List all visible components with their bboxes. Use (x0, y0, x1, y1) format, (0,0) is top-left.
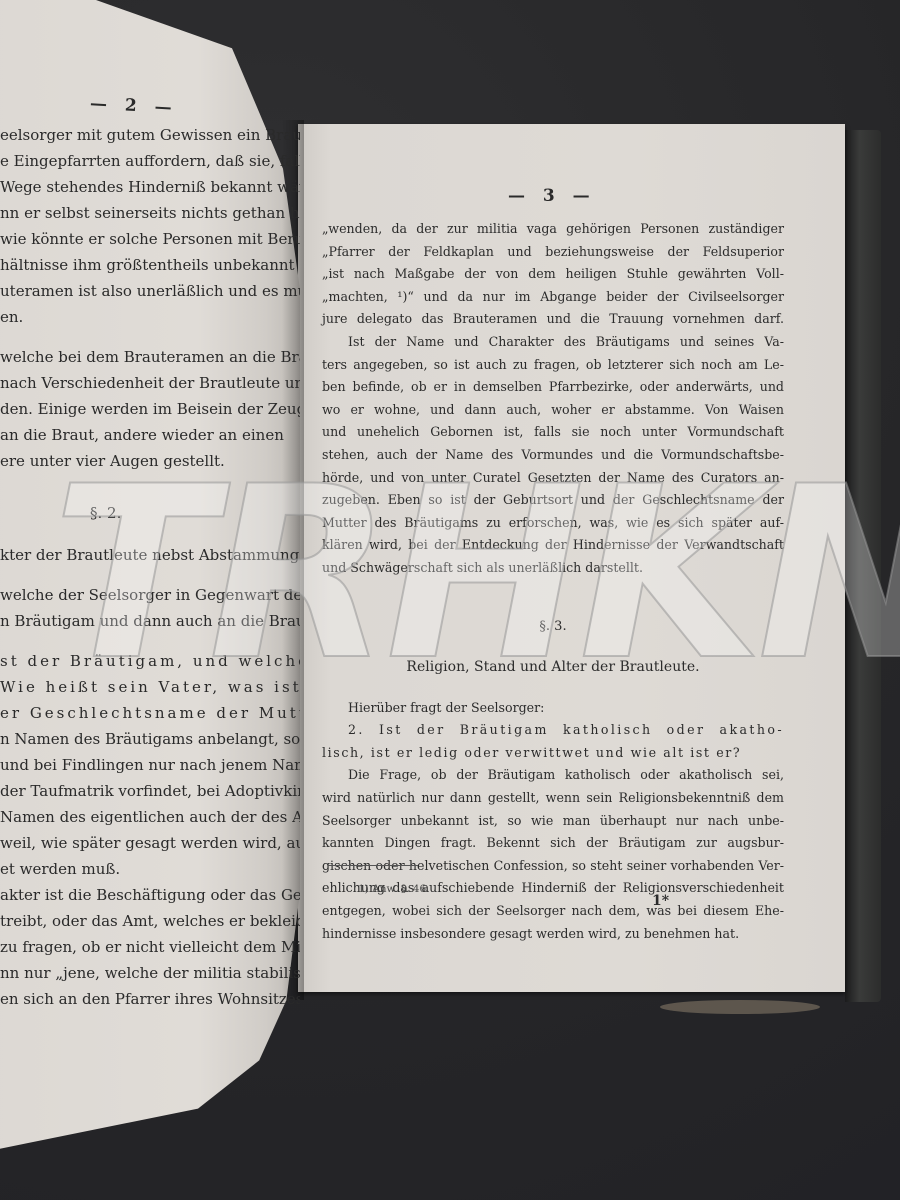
text-line: akter ist die Beschäftigung oder das Gew… (0, 882, 300, 908)
text-line: klären wird, bei der Entdeckung der Hind… (322, 534, 784, 557)
text-line: hörde, und von unter Curatel Gesetzten d… (322, 467, 784, 490)
text-line: „machten, ¹)“ und da nur im Abgange beid… (322, 286, 784, 309)
text-line: welche bei dem Brauteramen an die Brautl… (0, 344, 300, 370)
text-line: wo er wohne, und dann auch, woher er abs… (322, 399, 784, 422)
printer-signature-mark: 1* (652, 893, 669, 909)
left-page-body: eelsorger mit gutem Gewissen ein Brautpa… (0, 122, 300, 1012)
text-line: welche der Seelsorger in Gegenwart der b… (0, 582, 300, 608)
text-line: gischen oder helvetischen Confession, so… (322, 855, 784, 878)
text-line: „Pfarrer der Feldkaplan und beziehungswe… (322, 241, 784, 264)
text-line: e Eingepfarrten auffordern, daß sie, fal… (0, 148, 300, 174)
question-line: 2. Ist der Bräutigam katholisch oder aka… (322, 719, 784, 742)
text-line: eelsorger mit gutem Gewissen ein Brautpa… (0, 122, 300, 148)
text-line: an die Braut, andere wieder an einen (0, 422, 300, 448)
text-line: Mutter des Bräutigams zu erforschen, was… (322, 512, 784, 535)
text-line: uteramen ist also unerläßlich und es muß (0, 278, 300, 304)
footnote-divider (328, 865, 418, 866)
text-line: und unehelich Gebornen ist, falls sie no… (322, 421, 784, 444)
question-intro: Hierüber fragt der Seelsorger: (322, 697, 784, 720)
footnote: 1) Anw. §. 46. (358, 883, 430, 895)
text-line: treibt, oder das Amt, welches er bekleid… (0, 908, 300, 934)
text-line: en sich an den Pfarrer ihres Wohnsitzes … (0, 986, 300, 1012)
text-line: zu fragen, ob er nicht vielleicht dem Mi… (0, 934, 300, 960)
text-line: den. Einige werden im Beisein der Zeugen (0, 396, 300, 422)
question-line: Wie heißt sein Vater, was ist er, (0, 674, 300, 700)
text-line: n Bräutigam und dann auch an die Braut (0, 608, 300, 634)
text-line: en. (0, 304, 300, 330)
text-line: hältnisse ihm größtentheils unbekannt ge… (0, 252, 300, 278)
section-number: §. 3. (322, 616, 784, 639)
text-line: nn er selbst seinerseits nichts gethan h… (0, 200, 300, 226)
text-line: ere unter vier Augen gestellt. (0, 448, 300, 474)
text-line: n Namen des Bräutigams anbelangt, so ist (0, 726, 300, 752)
text-line: wird natürlich nur dann gestellt, wenn s… (322, 787, 784, 810)
book-cover-edge (845, 130, 881, 1002)
text-line: et werden muß. (0, 856, 300, 882)
text-line: hindernisse insbesondere gesagt werden w… (322, 923, 784, 946)
question-line: lisch, ist er ledig oder verwittwet und … (322, 742, 784, 765)
text-line: nach Verschiedenheit der Brautleute und (0, 370, 300, 396)
section-number: §. 2. (0, 500, 300, 526)
text-line: und bei Findlingen nur nach jenem Namen (0, 752, 300, 778)
text-line: stehen, auch der Name des Vormundes und … (322, 444, 784, 467)
question-line: er Geschlechtsname der Mutter? (0, 700, 300, 726)
text-line: kannten Dingen fragt. Bekennt sich der B… (322, 832, 784, 855)
text-line: entgegen, wobei sich der Seelsorger nach… (322, 900, 784, 923)
section-title: Religion, Stand und Alter der Brautleute… (322, 656, 784, 679)
section-title: kter der Brautleute nebst Abstammung (0, 542, 300, 568)
text-line: Wege stehendes Hinderniß bekannt wäre, (0, 174, 300, 200)
text-line: Ist der Name und Charakter des Bräutigam… (322, 331, 784, 354)
text-line: wie könnte er solche Personen mit Berufu… (0, 226, 300, 252)
text-line: jure delegato das Brauteramen und die Tr… (322, 308, 784, 331)
text-line: nn nur „jene, welche der militia stabili… (0, 960, 300, 986)
question-line: st der Bräutigam, und welches ist (0, 648, 300, 674)
text-line: Namen des eigentlichen auch der des Adop (0, 804, 300, 830)
water-stain (660, 1000, 820, 1014)
right-page-body: „wenden, da der zur militia vaga gehörig… (322, 218, 784, 945)
text-line: der Taufmatrik vorfindet, bei Adoptivkin… (0, 778, 300, 804)
text-line: Seelsorger unbekannt ist, so wie man übe… (322, 810, 784, 833)
text-line: und Schwägerschaft sich als unerläßlich … (322, 557, 784, 580)
right-page-number: — 3 — (508, 186, 596, 206)
book-photo: — 3 — „wenden, da der zur militia vaga g… (0, 0, 900, 1200)
text-line: „wenden, da der zur militia vaga gehörig… (322, 218, 784, 241)
text-line: weil, wie später gesagt werden wird, auf (0, 830, 300, 856)
text-line: zugeben. Eben so ist der Geburtsort und … (322, 489, 784, 512)
text-line: „ist nach Maßgabe der von dem heiligen S… (322, 263, 784, 286)
text-line: ters angegeben, so ist auch zu fragen, o… (322, 354, 784, 377)
text-line: ben befinde, ob er in demselben Pfarrbez… (322, 376, 784, 399)
text-line: Die Frage, ob der Bräutigam katholisch o… (322, 764, 784, 787)
